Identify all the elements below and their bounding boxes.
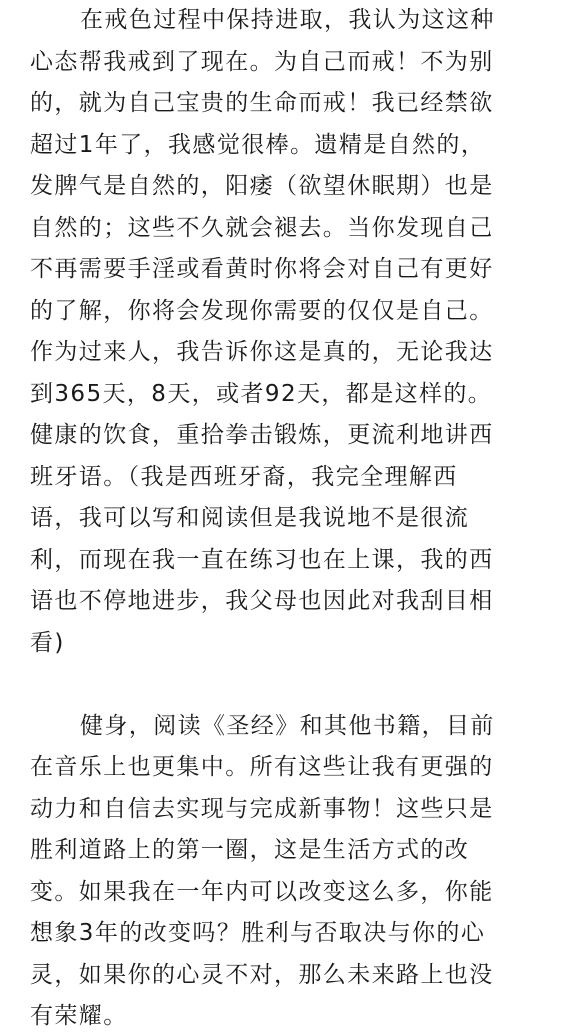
- text-line: 有荣耀。: [30, 996, 560, 1032]
- text-line: 的了解，你将会发现你需要的仅仅是自己。: [30, 291, 560, 333]
- paragraph-spacer: [30, 664, 560, 706]
- text-line: 看): [30, 623, 560, 665]
- text-line: 健康的饮食，重拾拳击锻炼，更流利地讲西: [30, 415, 560, 457]
- text-line: 到365天，8天，或者92天，都是这样的。: [30, 374, 560, 416]
- text-line: 灵，如果你的心灵不对，那么未来路上也没: [30, 955, 560, 997]
- text-line: 作为过来人，我告诉你这是真的，无论我达: [30, 332, 560, 374]
- text-line: 胜利道路上的第一圈，这是生活方式的改: [30, 830, 560, 872]
- text-line: 语也不停地进步，我父母也因此对我刮目相: [30, 581, 560, 623]
- paragraph-1: 在戒色过程中保持进取，我认为这这种 心态帮我戒到了现在。为自己而戒！不为别 的，…: [30, 0, 560, 664]
- text-line: 在音乐上也更集中。所有这些让我有更强的: [30, 747, 560, 789]
- text-line: 变。如果我在一年内可以改变这么多，你能: [30, 872, 560, 914]
- text-line: 利，而现在我一直在练习也在上课，我的西: [30, 540, 560, 582]
- paragraph-2: 健身，阅读《圣经》和其他书籍，目前 在音乐上也更集中。所有这些让我有更强的 动力…: [30, 706, 560, 1032]
- text-line: 的，就为自己宝贵的生命而戒！我已经禁欲: [30, 83, 560, 125]
- text-line: 发脾气是自然的，阳痿（欲望休眠期）也是: [30, 166, 560, 208]
- text-line: 动力和自信去实现与完成新事物！这些只是: [30, 789, 560, 831]
- text-line: 在戒色过程中保持进取，我认为这这种: [30, 0, 560, 42]
- text-line: 心态帮我戒到了现在。为自己而戒！不为别: [30, 42, 560, 84]
- text-line: 超过1年了，我感觉很棒。遗精是自然的，: [30, 125, 560, 167]
- text-line: 不再需要手淫或看黄时你将会对自己有更好: [30, 249, 560, 291]
- article-body: 在戒色过程中保持进取，我认为这这种 心态帮我戒到了现在。为自己而戒！不为别 的，…: [30, 0, 560, 1032]
- text-line: 健身，阅读《圣经》和其他书籍，目前: [30, 706, 560, 748]
- text-line: 语，我可以写和阅读但是我说地不是很流: [30, 498, 560, 540]
- text-line: 班牙语。（我是西班牙裔，我完全理解西: [30, 457, 560, 499]
- text-line: 自然的；这些不久就会褪去。当你发现自己: [30, 208, 560, 250]
- text-line: 想象3年的改变吗？胜利与否取决与你的心: [30, 913, 560, 955]
